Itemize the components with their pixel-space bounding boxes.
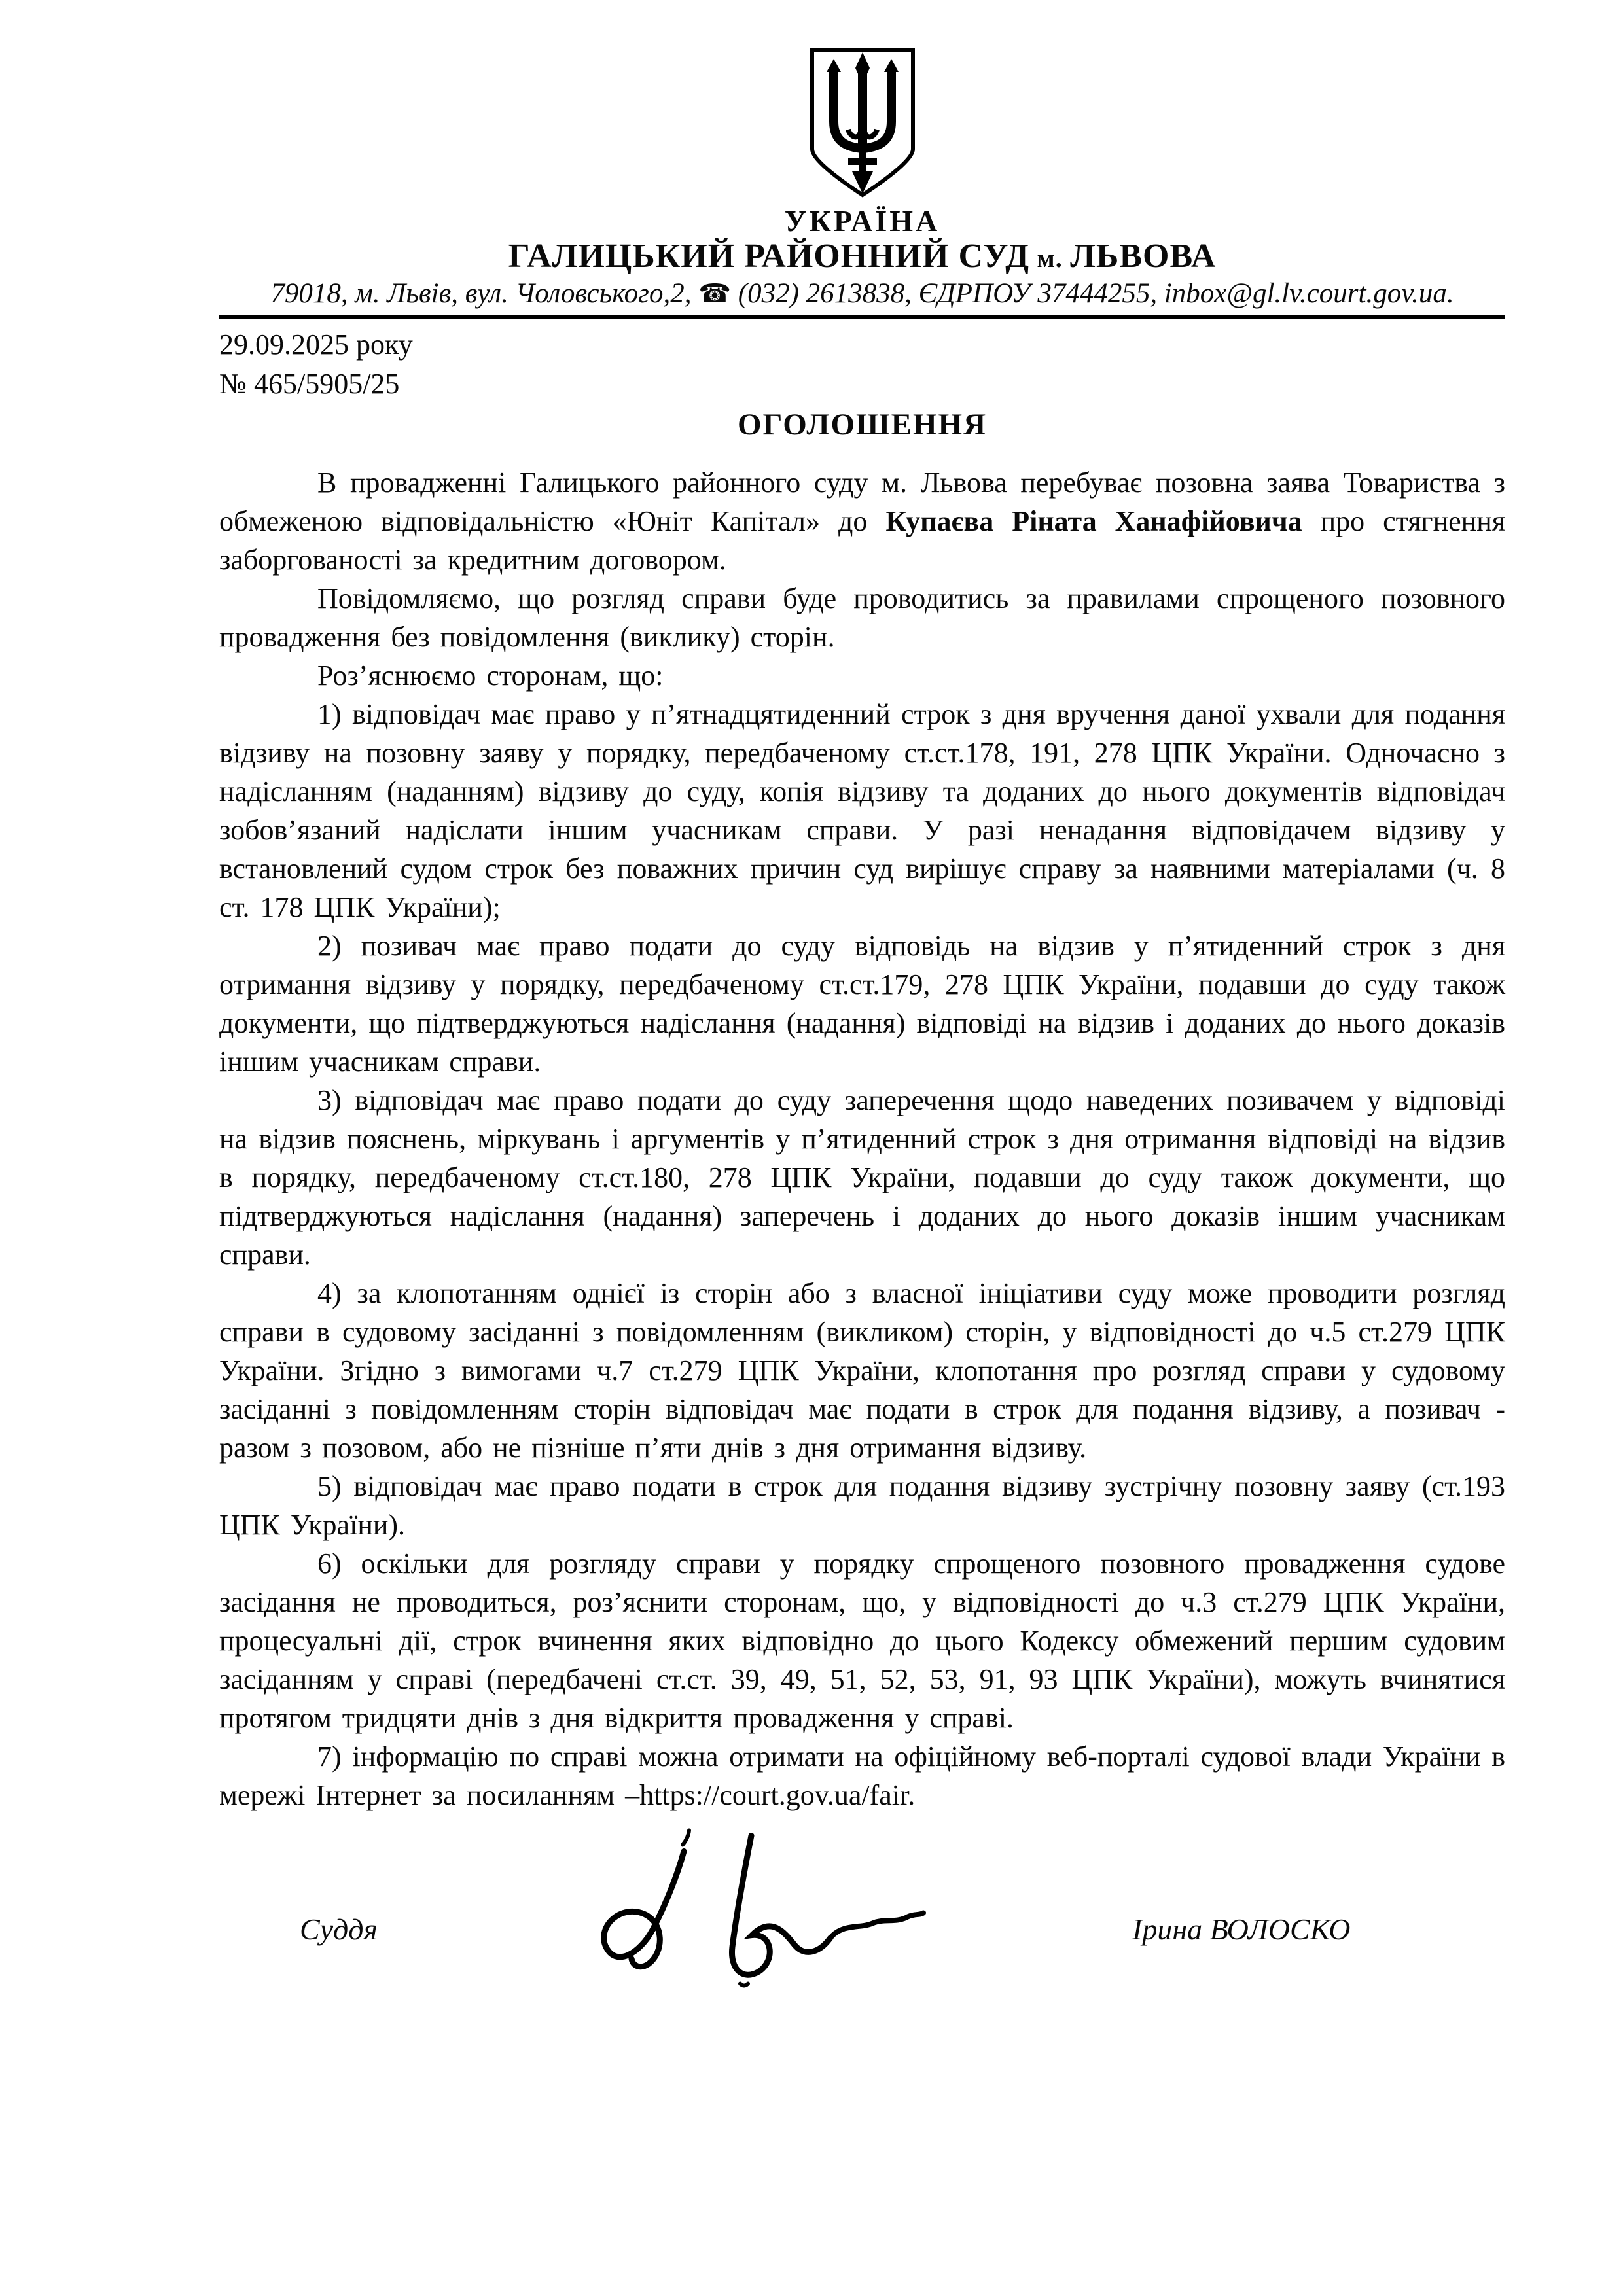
document-meta: 29.09.2025 року № 465/5905/25 [219, 325, 413, 404]
announcement-paragraph: 1) відповідач має право у п’ятнадцятиден… [219, 695, 1505, 927]
announcement-body: В провадженні Галицького районного суду … [219, 463, 1505, 1814]
court-name: ГАЛИЦЬКИЙ РАЙОННИЙ СУД м. ЛЬВОВА [219, 238, 1505, 277]
judge-name: Ірина ВОЛОСКО [1132, 1912, 1350, 1947]
judge-signature-icon [586, 1822, 942, 1996]
defendant-name: Купаєва Ріната Ханафійовича [885, 505, 1302, 537]
document-date: 29.09.2025 року [219, 325, 413, 364]
header-divider [219, 315, 1505, 319]
announcement-paragraph: Роз’яснюємо сторонам, що: [219, 656, 1505, 695]
judge-label: Суддя [300, 1912, 378, 1947]
ukraine-coat-of-arms-icon [808, 46, 918, 200]
country-name: УКРАЇНА [219, 205, 1505, 238]
announcement-paragraph: 6) оскільки для розгляду справи у порядк… [219, 1544, 1505, 1737]
document-header: УКРАЇНА ГАЛИЦЬКИЙ РАЙОННИЙ СУД м. ЛЬВОВА… [219, 46, 1505, 324]
document-number: № 465/5905/25 [219, 364, 413, 404]
announcement-paragraph: Повідомляємо, що розгляд справи буде про… [219, 579, 1505, 656]
announcement-paragraph: 5) відповідач має право подати в строк д… [219, 1467, 1505, 1544]
announcement-paragraph: 4) за клопотанням однієї із сторін або з… [219, 1274, 1505, 1467]
court-announcement-document: УКРАЇНА ГАЛИЦЬКИЙ РАЙОННИЙ СУД м. ЛЬВОВА… [0, 0, 1623, 2296]
announcement-paragraph: 7) інформацію по справі можна отримати н… [219, 1737, 1505, 1814]
phone-icon: ☎ [698, 279, 731, 309]
announcement-paragraph: 2) позивач має право подати до суду відп… [219, 927, 1505, 1081]
court-address-line: 79018, м. Львів, вул. Чоловського,2, ☎ (… [219, 277, 1505, 310]
announcement-paragraph: 3) відповідач має право подати до суду з… [219, 1081, 1505, 1274]
announcement-paragraph: В провадженні Галицького районного суду … [219, 463, 1505, 579]
document-title: ОГОЛОШЕННЯ [219, 407, 1505, 442]
